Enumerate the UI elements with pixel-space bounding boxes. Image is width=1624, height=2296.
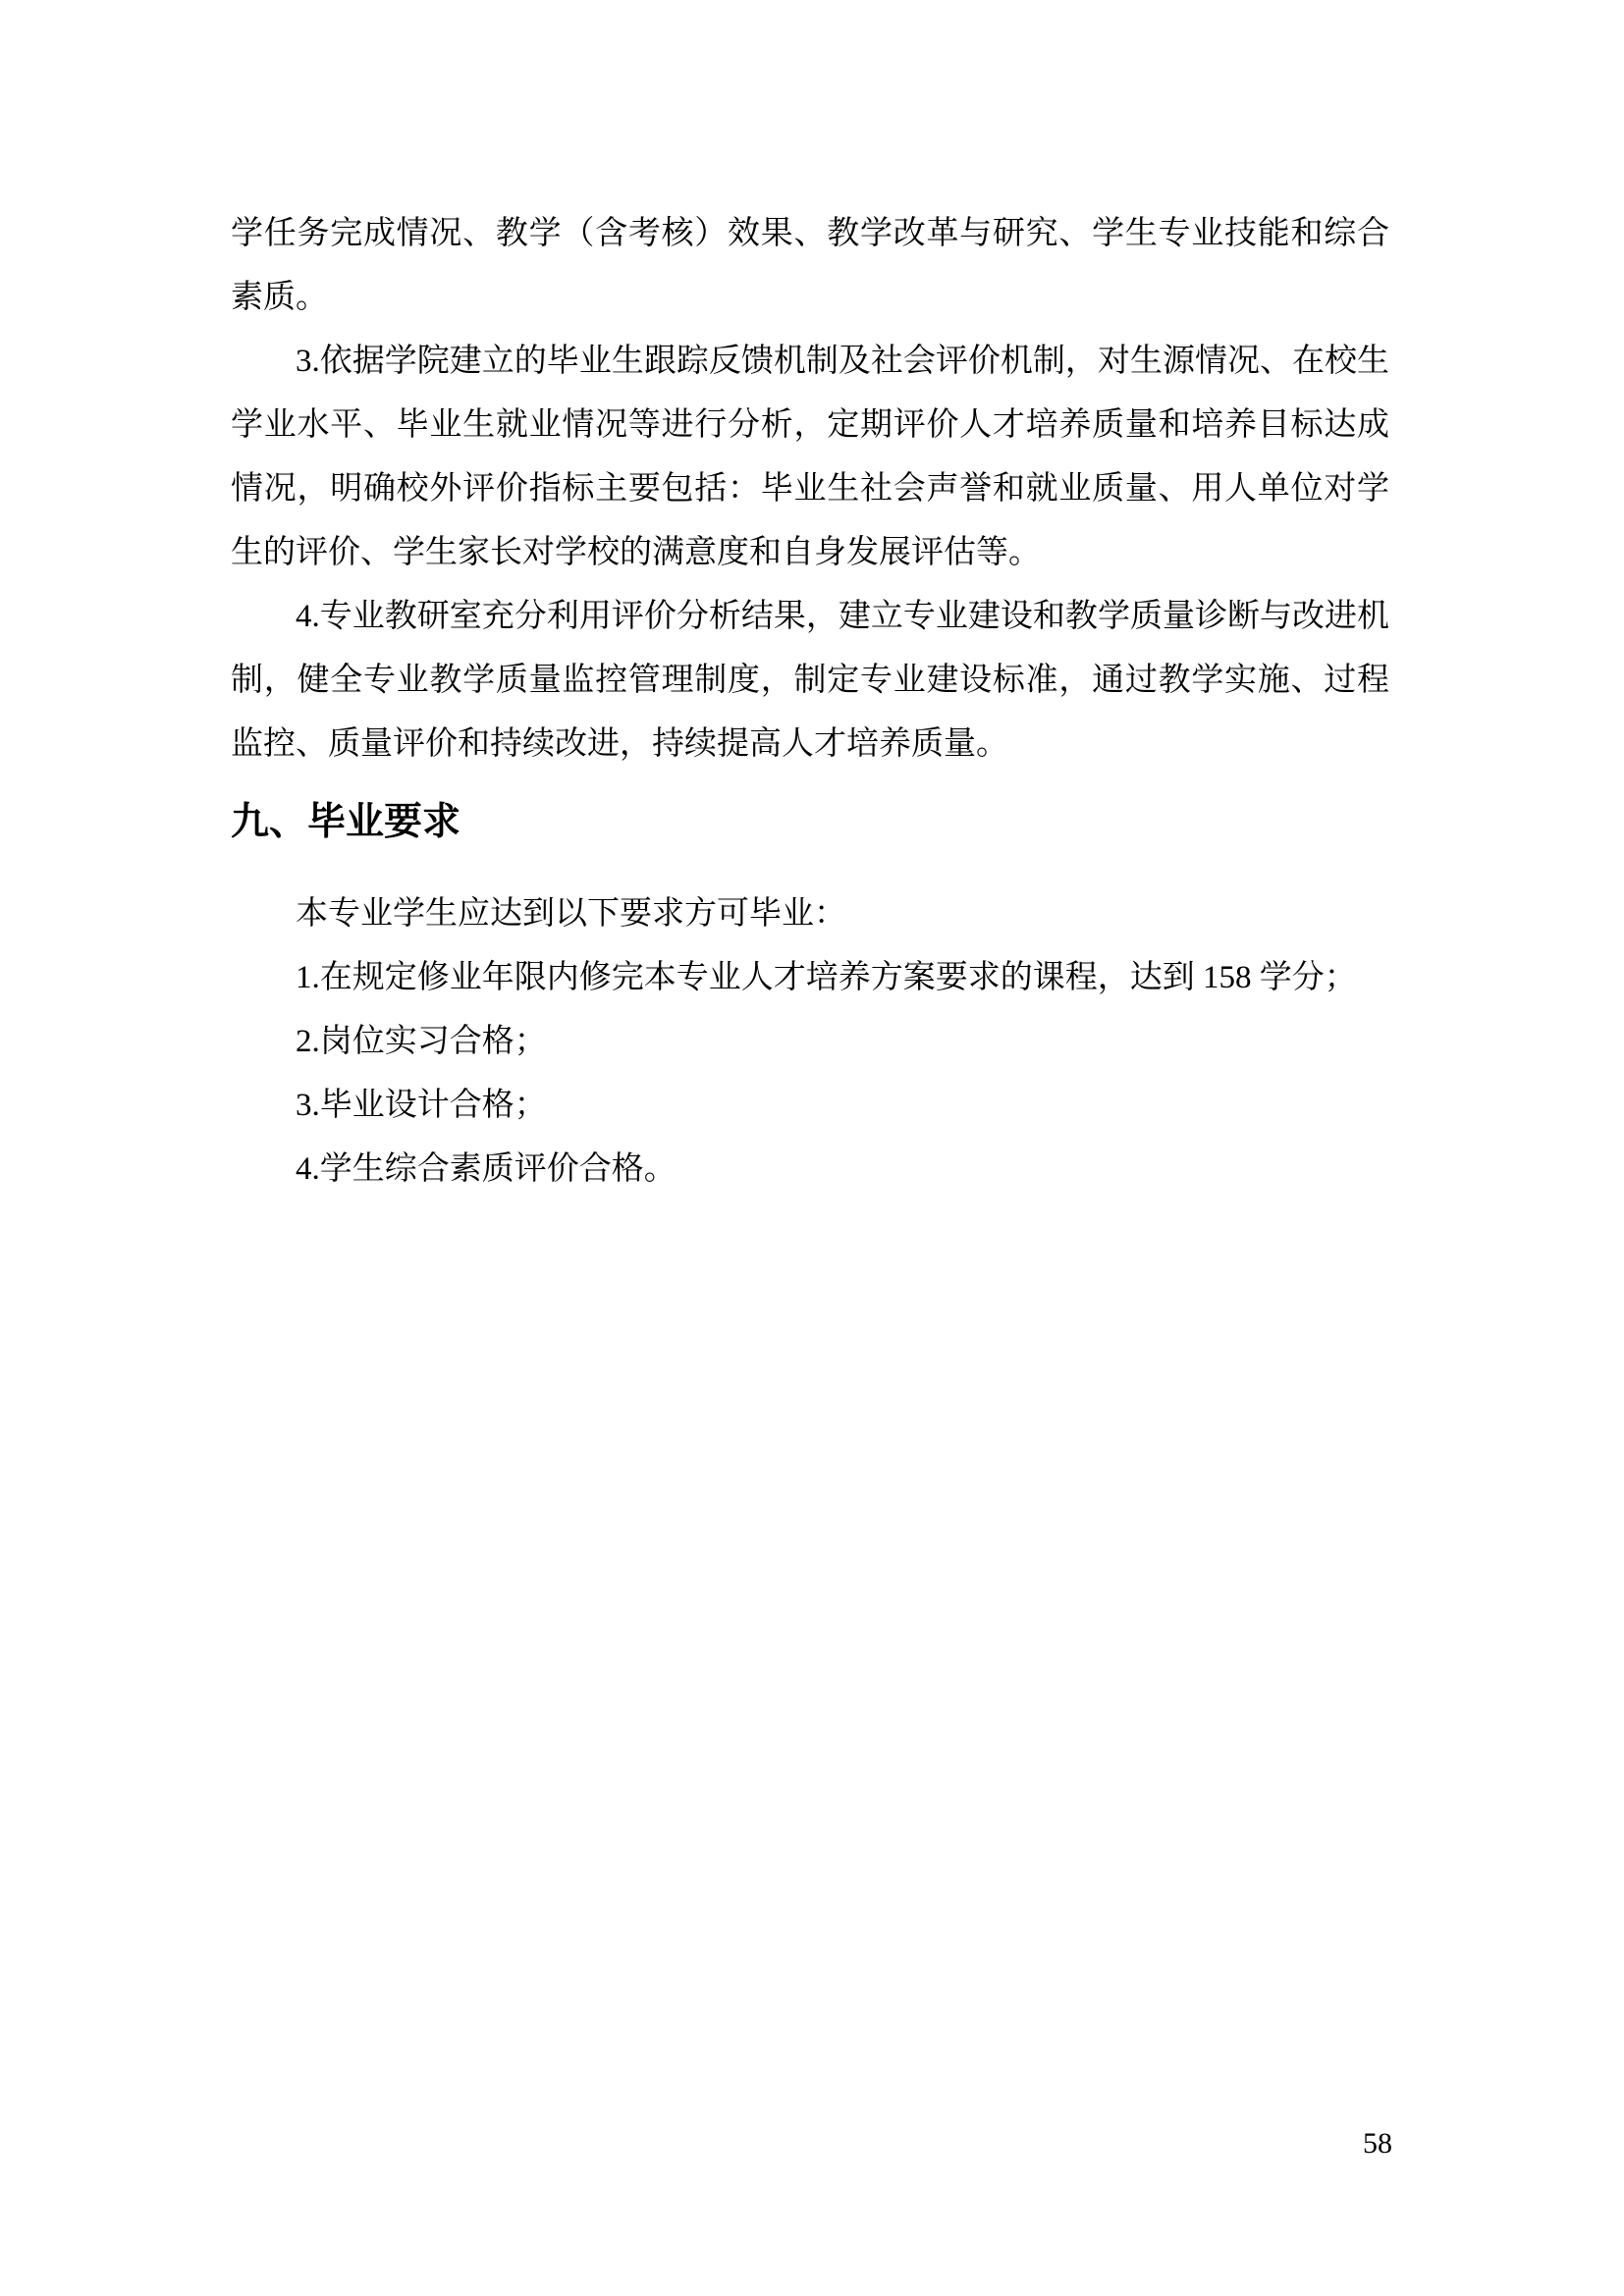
requirement-item-1: 1.在规定修业年限内修完本专业人才培养方案要求的课程，达到 158 学分； — [231, 946, 1389, 1010]
paragraph-continuation: 学任务完成情况、教学（含考核）效果、教学改革与研究、学生专业技能和综合素质。 — [231, 202, 1389, 330]
graduation-intro: 本专业学生应达到以下要求方可毕业： — [231, 882, 1389, 946]
requirement-item-2: 2.岗位实习合格； — [231, 1010, 1389, 1074]
paragraph-item-3: 3.依据学院建立的毕业生跟踪反馈机制及社会评价机制，对生源情况、在校生学业水平、… — [231, 330, 1389, 585]
paragraph-item-4: 4.专业教研室充分利用评价分析结果，建立专业建设和教学质量诊断与改进机制，健全专… — [231, 585, 1389, 776]
requirement-item-4: 4.学生综合素质评价合格。 — [231, 1138, 1389, 1201]
page-number: 58 — [1363, 2128, 1392, 2160]
page-content: 学任务完成情况、教学（含考核）效果、教学改革与研究、学生专业技能和综合素质。 3… — [231, 202, 1389, 1201]
section-heading-graduation-requirements: 九、毕业要求 — [231, 790, 1389, 854]
requirement-item-3: 3.毕业设计合格； — [231, 1074, 1389, 1138]
document-page: 学任务完成情况、教学（含考核）效果、教学改革与研究、学生专业技能和综合素质。 3… — [0, 0, 1624, 2296]
